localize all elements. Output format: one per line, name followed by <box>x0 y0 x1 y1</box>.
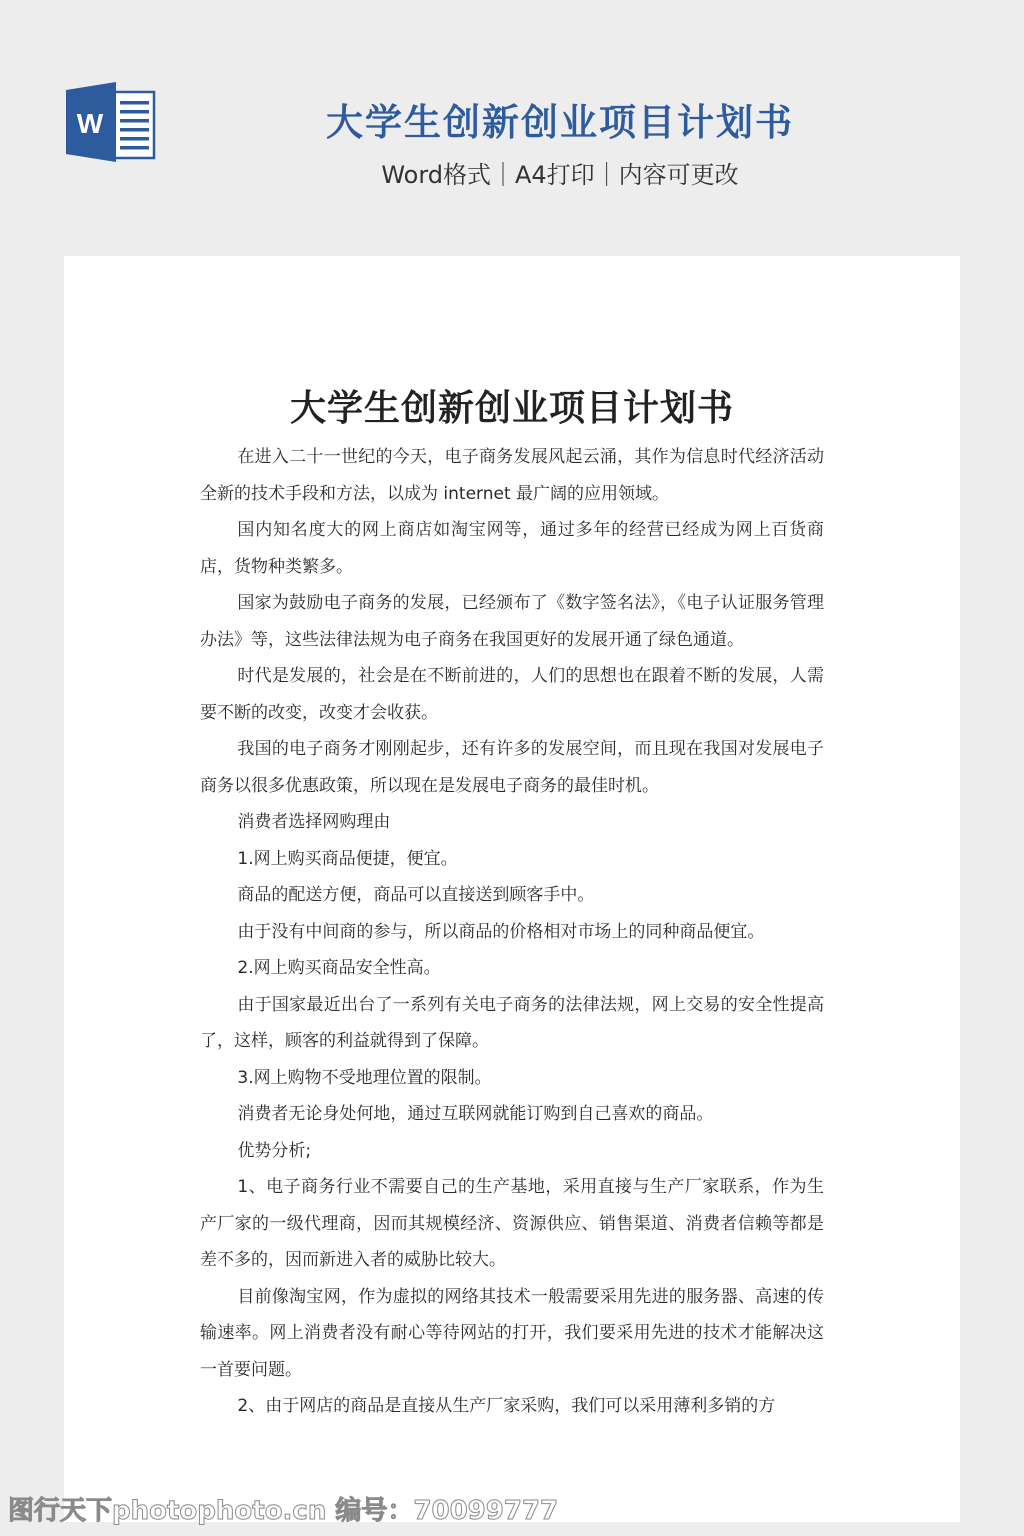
paragraph: 目前像淘宝网，作为虚拟的网络其技术一般需要采用先进的服务器、高速的传输速率。网上… <box>200 1279 824 1389</box>
paragraph: 国家为鼓励电子商务的发展，已经颁布了《数字签名法》，《电子认证服务管理办法》等，… <box>200 585 824 658</box>
list-item: 1、电子商务行业不需要自己的生产基地，采用直接与生产厂家联系，作为生产厂家的一级… <box>200 1169 824 1279</box>
svg-text:W: W <box>77 108 104 139</box>
header-subtitle: Word格式｜A4打印｜内容可更改 <box>300 155 820 190</box>
paragraph: 由于没有中间商的参与，所以商品的价格相对市场上的同种商品便宜。 <box>200 914 824 951</box>
list-item: 3.网上购物不受地理位置的限制。 <box>200 1060 824 1097</box>
paragraph: 消费者无论身处何地，通过互联网就能订购到自己喜欢的商品。 <box>200 1096 824 1133</box>
list-item: 1.网上购买商品便捷，便宜。 <box>200 841 824 878</box>
document-page: 大学生创新创业项目计划书 在进入二十一世纪的今天，电子商务发展风起云涌，其作为信… <box>64 256 960 1522</box>
section-heading: 优势分析; <box>200 1133 824 1170</box>
paragraph: 商品的配送方便，商品可以直接送到顾客手中。 <box>200 877 824 914</box>
paragraph: 国内知名度大的网上商店如淘宝网等，通过多年的经营已经成为网上百货商店，货物种类繁… <box>200 512 824 585</box>
document-title: 大学生创新创业项目计划书 <box>64 380 960 431</box>
paragraph: 在进入二十一世纪的今天，电子商务发展风起云涌，其作为信息时代经济活动全新的技术手… <box>200 439 824 512</box>
watermark-text: 图行天下photophoto.cn 编号：70099777 <box>8 1490 558 1527</box>
paragraph: 时代是发展的，社会是在不断前进的，人们的思想也在跟着不断的发展，人需要不断的改变… <box>200 658 824 731</box>
header-title: 大学生创新创业项目计划书 <box>300 92 820 146</box>
document-body: 在进入二十一世纪的今天，电子商务发展风起云涌，其作为信息时代经济活动全新的技术手… <box>200 439 824 1425</box>
paragraph: 由于国家最近出台了一系列有关电子商务的法律法规，网上交易的安全性提高了，这样，顾… <box>200 987 824 1060</box>
section-heading: 消费者选择网购理由 <box>200 804 824 841</box>
header-banner: W 大学生创新创业项目计划书 Word格式｜A4打印｜内容可更改 <box>0 0 1024 256</box>
paragraph: 我国的电子商务才刚刚起步，还有许多的发展空间，而且现在我国对发展电子商务以很多优… <box>200 731 824 804</box>
list-item: 2、由于网店的商品是直接从生产厂家采购，我们可以采用薄利多销的方 <box>200 1388 824 1425</box>
list-item: 2.网上购买商品安全性高。 <box>200 950 824 987</box>
word-icon: W <box>64 82 156 162</box>
